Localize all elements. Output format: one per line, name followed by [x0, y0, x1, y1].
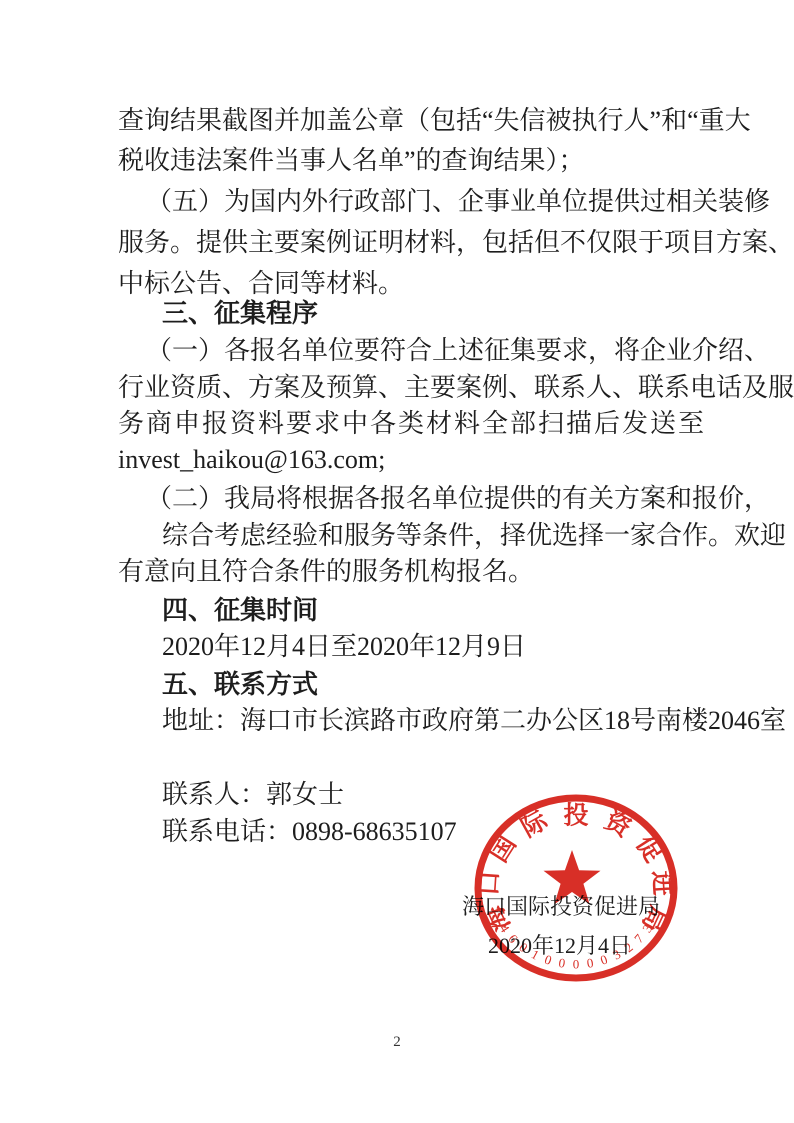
svg-text:3: 3 [610, 946, 623, 962]
svg-text:国: 国 [485, 831, 522, 867]
svg-text:0: 0 [543, 952, 554, 968]
doc-line: 有意向且符合条件的服务机构报名。 [118, 556, 534, 588]
collection-period-text: 2020年12月4日至2020年12月9日 [162, 631, 526, 663]
doc-line: 综合考虑经验和服务等条件，择优选择一家合作。欢迎 [162, 520, 786, 552]
doc-line: 务商申报资料要求中各类材料全部扫描后发送至 [118, 408, 706, 440]
svg-text:6: 6 [505, 931, 521, 946]
svg-text:0: 0 [598, 952, 609, 968]
contact-person-text: 联系人：郭女士 [162, 779, 344, 811]
star-icon [544, 850, 601, 904]
section-heading-contact: 五、联系方式 [162, 668, 318, 700]
page-number: 2 [0, 1034, 794, 1051]
doc-line: （二）我局将根据各报名单位提供的有关方案和报价， [146, 483, 770, 515]
svg-text:0: 0 [516, 939, 530, 955]
doc-line: 税收违法案件当事人名单”的查询结果）； [118, 145, 585, 177]
svg-text:0: 0 [573, 957, 580, 972]
doc-line: 查询结果截图并加盖公章（包括“失信被执行人”和“重大 [118, 105, 751, 137]
svg-text:投: 投 [563, 801, 588, 830]
svg-text:2: 2 [621, 939, 635, 955]
address-text: 地址：海口市长滨路市政府第二办公区18号南楼2046室 [162, 705, 786, 737]
svg-text:0: 0 [557, 955, 566, 971]
doc-line: （五）为国内外行政部门、企事业单位提供过相关装修 [146, 186, 770, 218]
contact-phone-text: 联系电话：0898-68635107 [162, 816, 457, 848]
doc-line: 行业资质、方案及预算、主要案例、联系人、联系电话及服 [118, 372, 794, 404]
svg-text:1: 1 [529, 946, 542, 962]
email-text: invest_haikou@163.com; [118, 444, 385, 476]
section-heading-procedure: 三、征集程序 [162, 297, 318, 329]
svg-text:口: 口 [476, 870, 505, 897]
svg-text:7: 7 [631, 931, 647, 946]
svg-text:0: 0 [586, 955, 595, 971]
doc-line: （一）各报名单位要符合上述征集要求，将企业介绍、 [146, 335, 770, 367]
section-heading-time: 四、征集时间 [162, 594, 318, 626]
doc-line: 服务。提供主要案例证明材料，包括但不仅限于项目方案、 [118, 227, 794, 259]
svg-text:进: 进 [648, 870, 678, 897]
document-page: 查询结果截图并加盖公章（包括“失信被执行人”和“重大 税收违法案件当事人名单”的… [0, 0, 794, 1123]
doc-line: 中标公告、合同等材料。 [118, 268, 404, 300]
svg-text:促: 促 [630, 831, 667, 867]
official-seal: 海口国际投资促进局 4601000003273 [470, 790, 682, 986]
